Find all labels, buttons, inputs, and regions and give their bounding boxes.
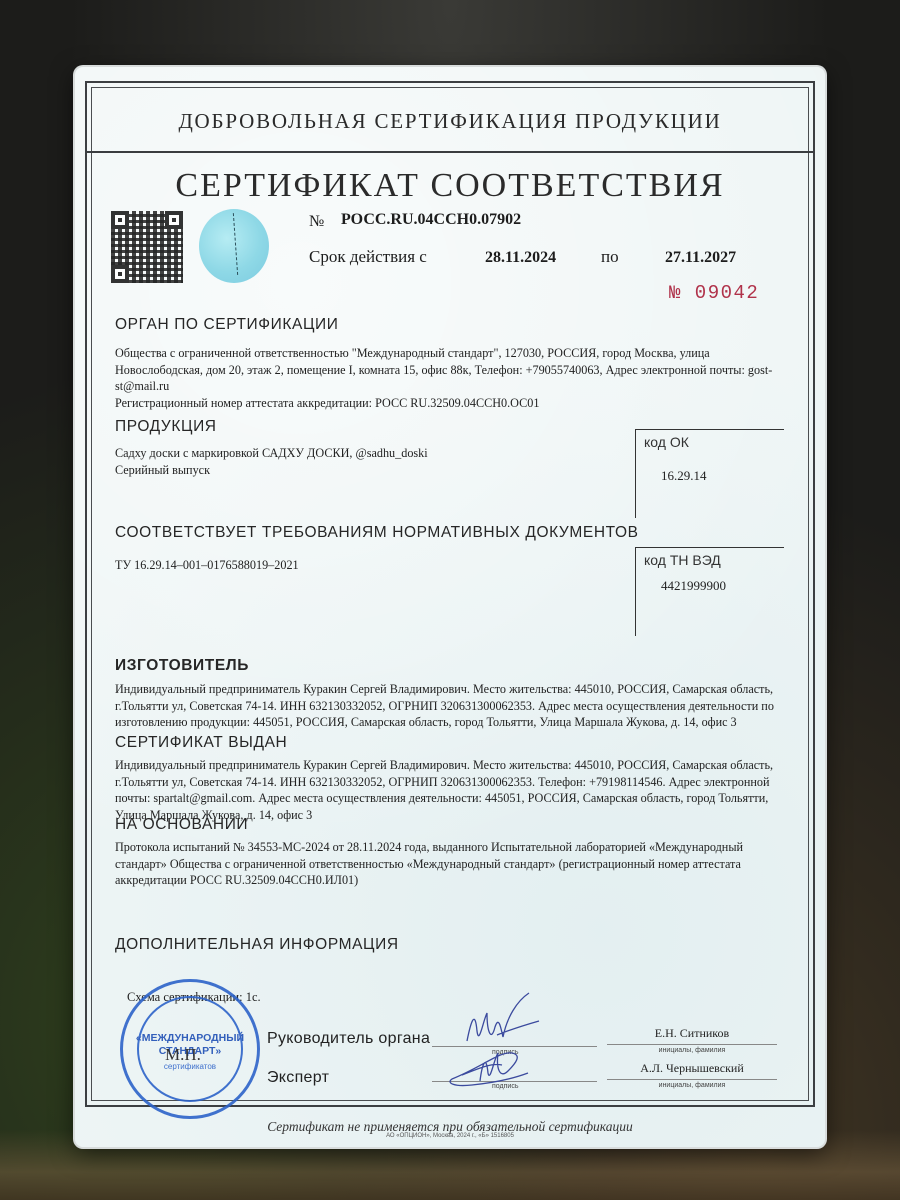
tnved-code-box: код ТН ВЭД 4421999900 bbox=[635, 547, 784, 636]
issued-to-text: Индивидуальный предприниматель Куракин С… bbox=[115, 757, 795, 823]
cert-body-text: Общества с ограниченной ответственностью… bbox=[115, 345, 795, 411]
product-text: Садху доски с маркировкой САДХУ ДОСКИ, @… bbox=[115, 445, 615, 478]
header-divider bbox=[87, 151, 813, 153]
head-name-caption: инициалы, фамилия bbox=[607, 1047, 777, 1054]
section-title-compliance: СООТВЕТСТВУЕТ ТРЕБОВАНИЯМ НОРМАТИВНЫХ ДО… bbox=[115, 524, 639, 542]
product-name: Садху доски с маркировкой САДХУ ДОСКИ, @… bbox=[115, 445, 615, 462]
expert-name-line bbox=[607, 1079, 777, 1080]
hologram-sticker-icon bbox=[199, 209, 269, 283]
manufacturer-text: Индивидуальный предприниматель Куракин С… bbox=[115, 681, 795, 731]
section-title-additional: ДОПОЛНИТЕЛЬНАЯ ИНФОРМАЦИЯ bbox=[115, 936, 399, 954]
head-name: Е.Н. Ситников bbox=[607, 1026, 777, 1041]
stamp-name-line1: «МЕЖДУНАРОДНЫЙ bbox=[123, 1032, 257, 1045]
stamp-place-mark: М.П. bbox=[165, 1045, 201, 1065]
cert-body-accreditation: Регистрационный номер аттестата аккредит… bbox=[115, 395, 795, 412]
expert-label: Эксперт bbox=[267, 1069, 329, 1087]
form-serial-number: № 09042 bbox=[669, 282, 759, 304]
signature-icon bbox=[457, 991, 547, 1053]
qr-code-icon bbox=[111, 211, 183, 283]
section-title-manufacturer: ИЗГОТОВИТЕЛЬ bbox=[115, 657, 249, 675]
valid-to-label: по bbox=[601, 247, 619, 267]
cert-body-address: Общества с ограниченной ответственностью… bbox=[115, 345, 795, 395]
head-name-line bbox=[607, 1044, 777, 1045]
ok-code-label: код ОК bbox=[644, 434, 689, 450]
signature-icon bbox=[442, 1045, 542, 1090]
head-of-body-label: Руководитель органа bbox=[267, 1030, 430, 1048]
validity-label: Срок действия с bbox=[309, 247, 427, 267]
section-title-cert-body: ОРГАН ПО СЕРТИФИКАЦИИ bbox=[115, 316, 339, 334]
product-release-type: Серийный выпуск bbox=[115, 462, 615, 479]
section-title-basis: НА ОСНОВАНИИ bbox=[115, 816, 248, 834]
tnved-code-value: 4421999900 bbox=[661, 578, 726, 594]
section-title-issued-to: СЕРТИФИКАТ ВЫДАН bbox=[115, 734, 287, 752]
ok-code-box: код ОК 16.29.14 bbox=[635, 429, 784, 518]
valid-from-date: 28.11.2024 bbox=[485, 249, 556, 267]
cert-number: РОСС.RU.04ССН0.07902 bbox=[341, 211, 521, 229]
expert-name-caption: инициалы, фамилия bbox=[607, 1082, 777, 1089]
voluntary-certification-heading: ДОБРОВОЛЬНАЯ СЕРТИФИКАЦИЯ ПРОДУКЦИИ bbox=[87, 109, 813, 134]
printer-imprint: АО «ОПЦИОН», Москва, 2024 г., «Б» 151680… bbox=[75, 1133, 825, 1139]
compliance-standard: ТУ 16.29.14–001–0176588019–2021 bbox=[115, 557, 615, 574]
expert-name: А.Л. Чернышевский bbox=[607, 1061, 777, 1076]
section-title-product: ПРОДУКЦИЯ bbox=[115, 418, 217, 436]
certificate-title: СЕРТИФИКАТ СООТВЕТСТВИЯ bbox=[87, 167, 813, 205]
ok-code-value: 16.29.14 bbox=[661, 468, 707, 484]
basis-text: Протокола испытаний № 34553-МС-2024 от 2… bbox=[115, 839, 795, 889]
tnved-code-label: код ТН ВЭД bbox=[644, 552, 721, 568]
document-frame: ДОБРОВОЛЬНАЯ СЕРТИФИКАЦИЯ ПРОДУКЦИИ СЕРТ… bbox=[85, 81, 815, 1107]
certificate-document: ДОБРОВОЛЬНАЯ СЕРТИФИКАЦИЯ ПРОДУКЦИИ СЕРТ… bbox=[75, 67, 825, 1147]
cert-number-label: № bbox=[309, 213, 324, 231]
valid-to-date: 27.11.2027 bbox=[665, 249, 736, 267]
